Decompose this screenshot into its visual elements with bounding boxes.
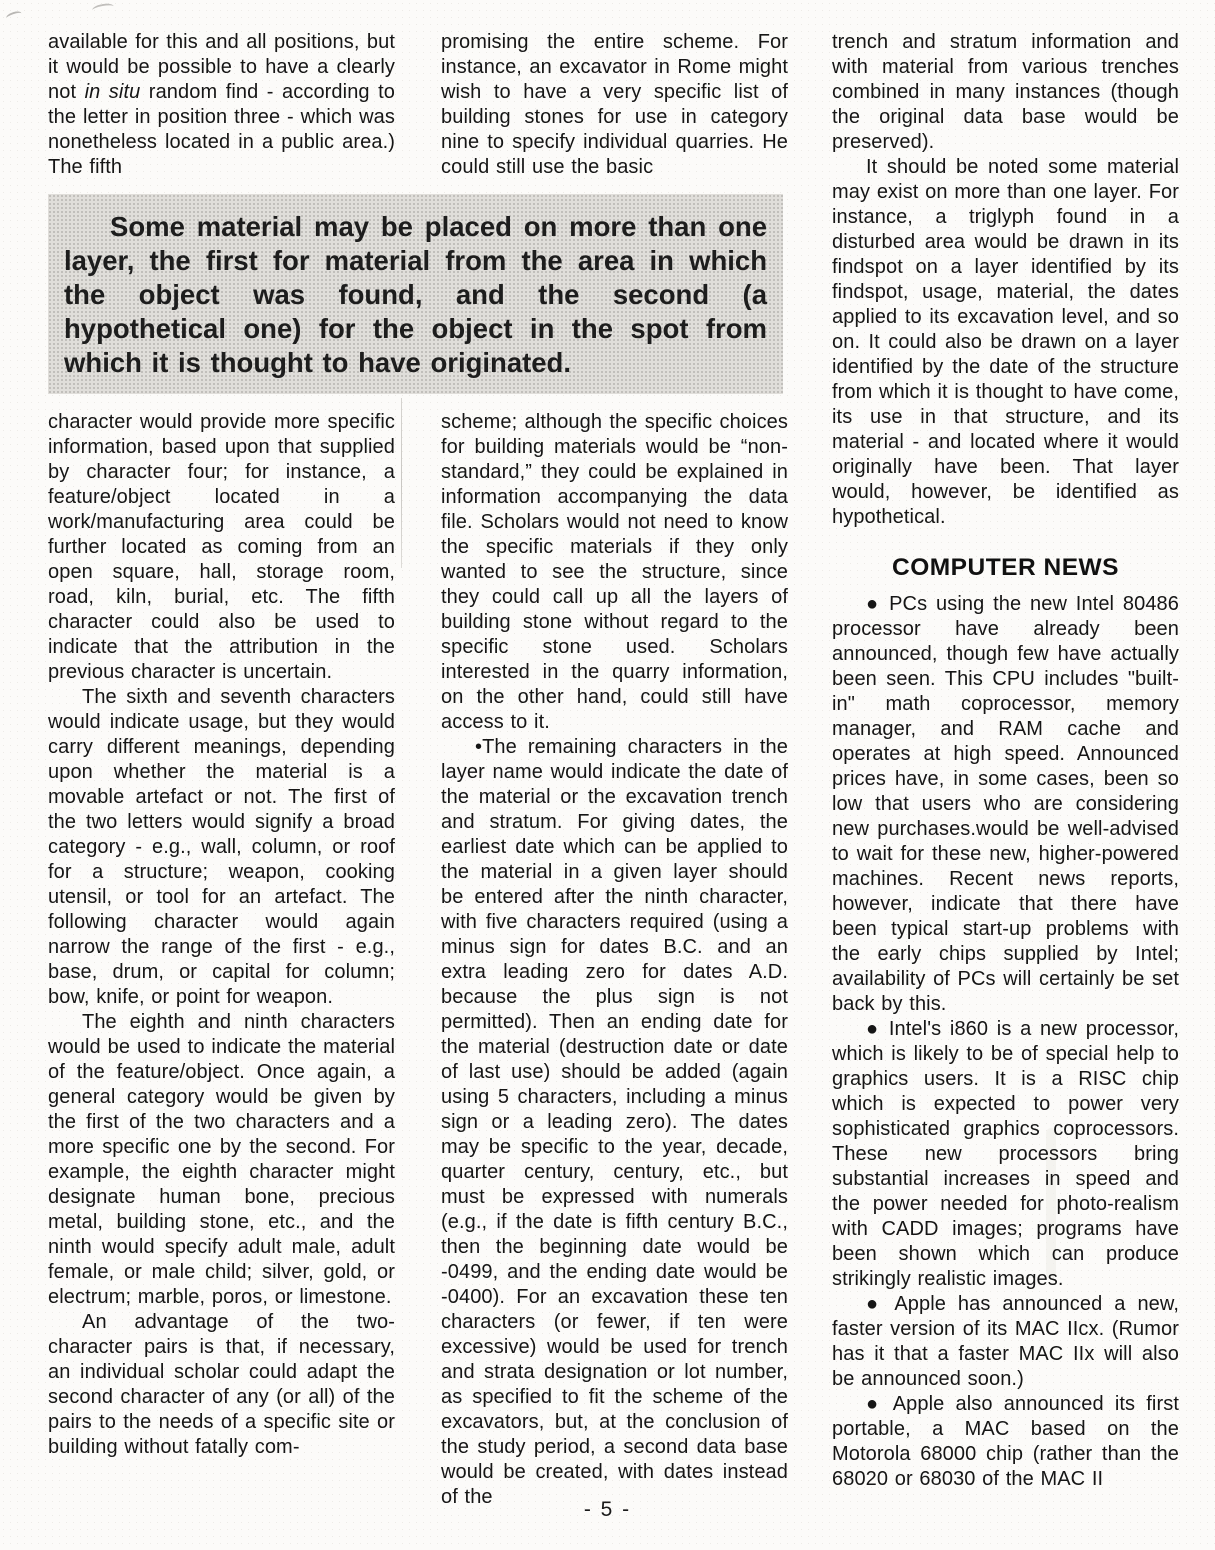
paragraph: available for this and all positions, bu… <box>48 30 395 180</box>
paragraph: •The remaining characters in the layer n… <box>441 735 788 1510</box>
paragraph: scheme; although the specific choices fo… <box>441 410 788 735</box>
column-1-top: available for this and all positions, bu… <box>48 30 395 180</box>
paragraph: character would provide more specific in… <box>48 410 395 685</box>
italic-term: in situ <box>85 81 141 103</box>
news-item: ● Apple also announced its first portabl… <box>832 1392 1179 1492</box>
paragraph: An advantage of the two-character pairs … <box>48 1310 395 1460</box>
pull-quote-text: Some material may be placed on more than… <box>64 210 767 380</box>
news-item: ● Apple has announced a new, faster vers… <box>832 1292 1179 1392</box>
top-row: available for this and all positions, bu… <box>48 30 788 180</box>
pencil-stray-mark <box>91 2 114 15</box>
pull-quote-box: Some material may be placed on more than… <box>48 194 783 394</box>
newsletter-page: available for this and all positions, bu… <box>0 0 1215 1550</box>
news-item: ● Intel's i860 is a new processor, which… <box>832 1017 1179 1292</box>
computer-news-heading: COMPUTER NEWS <box>832 554 1179 582</box>
page-number: - 5 - <box>0 1498 1215 1522</box>
column-1: character would provide more specific in… <box>48 410 395 1510</box>
column-2-top: promising the entire scheme. For instanc… <box>441 30 788 180</box>
news-item: ● PCs using the new Intel 80486 processo… <box>832 592 1179 1017</box>
bottom-row: character would provide more specific in… <box>48 410 788 1510</box>
paragraph: The sixth and seventh characters would i… <box>48 685 395 1010</box>
page-content: available for this and all positions, bu… <box>48 30 1179 1510</box>
pencil-stray-mark <box>5 10 23 23</box>
paragraph: promising the entire scheme. For instanc… <box>441 30 788 180</box>
paragraph: It should be noted some material may exi… <box>832 155 1179 530</box>
left-two-column-region: available for this and all positions, bu… <box>48 30 788 1510</box>
paragraph: trench and stratum information and with … <box>832 30 1179 155</box>
paragraph: The eighth and ninth characters would be… <box>48 1010 395 1310</box>
column-3: trench and stratum information and with … <box>832 30 1179 1510</box>
column-2: scheme; although the specific choices fo… <box>441 410 788 1510</box>
